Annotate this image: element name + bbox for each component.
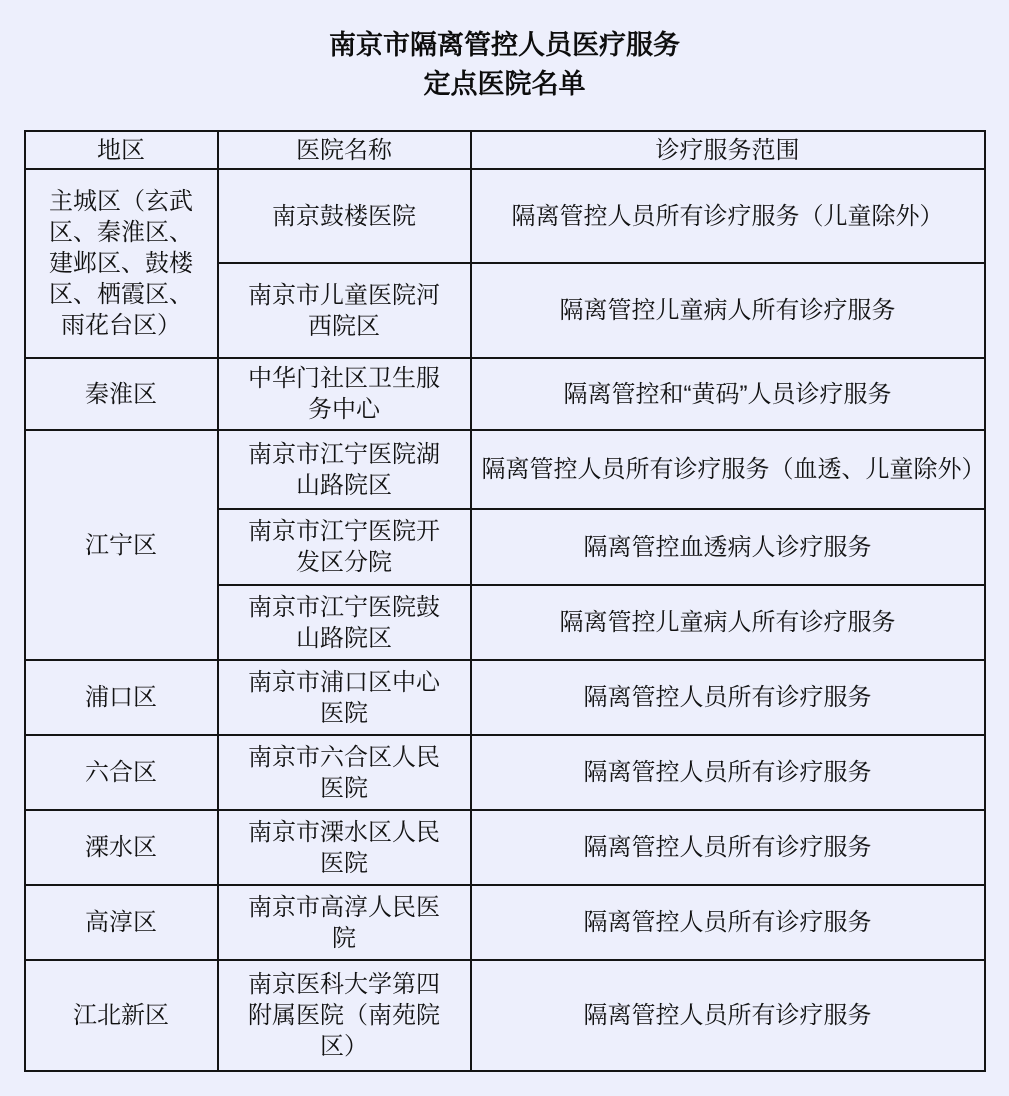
service-cell: 隔离管控人员所有诊疗服务: [471, 660, 985, 735]
service-cell: 隔离管控儿童病人所有诊疗服务: [471, 263, 985, 358]
column-header-1: 医院名称: [218, 131, 471, 169]
region-cell: 江宁区: [25, 430, 218, 660]
region-cell: 六合区: [25, 735, 218, 810]
hospital-cell: 南京市六合区人民医院: [218, 735, 471, 810]
table-header-row: 地区医院名称诊疗服务范围: [25, 131, 985, 169]
region-cell: 主城区（玄武区、秦淮区、建邺区、鼓楼区、栖霞区、雨花台区）: [25, 169, 218, 358]
region-cell: 秦淮区: [25, 358, 218, 430]
region-cell: 江北新区: [25, 960, 218, 1071]
hospital-cell: 南京市江宁医院开发区分院: [218, 509, 471, 585]
page-title: 南京市隔离管控人员医疗服务 定点医院名单: [25, 26, 985, 104]
table-row: 六合区南京市六合区人民医院隔离管控人员所有诊疗服务: [25, 735, 985, 810]
table-row: 秦淮区中华门社区卫生服务中心隔离管控和“黄码”人员诊疗服务: [25, 358, 985, 430]
table-row: 溧水区南京市溧水区人民医院隔离管控人员所有诊疗服务: [25, 810, 985, 885]
table-row: 江北新区南京医科大学第四附属医院（南苑院区）隔离管控人员所有诊疗服务: [25, 960, 985, 1071]
hospital-cell: 南京市江宁医院鼓山路院区: [218, 585, 471, 660]
table-row: 高淳区南京市高淳人民医院隔离管控人员所有诊疗服务: [25, 885, 985, 960]
column-header-0: 地区: [25, 131, 218, 169]
service-cell: 隔离管控人员所有诊疗服务: [471, 960, 985, 1071]
hospital-table: 地区医院名称诊疗服务范围 主城区（玄武区、秦淮区、建邺区、鼓楼区、栖霞区、雨花台…: [24, 130, 986, 1072]
column-header-2: 诊疗服务范围: [471, 131, 985, 169]
hospital-cell: 中华门社区卫生服务中心: [218, 358, 471, 430]
hospital-cell: 南京医科大学第四附属医院（南苑院区）: [218, 960, 471, 1071]
service-cell: 隔离管控人员所有诊疗服务（血透、儿童除外）: [471, 430, 985, 509]
service-cell: 隔离管控和“黄码”人员诊疗服务: [471, 358, 985, 430]
table-row: 主城区（玄武区、秦淮区、建邺区、鼓楼区、栖霞区、雨花台区）南京鼓楼医院隔离管控人…: [25, 169, 985, 263]
service-cell: 隔离管控血透病人诊疗服务: [471, 509, 985, 585]
region-cell: 溧水区: [25, 810, 218, 885]
hospital-cell: 南京市江宁医院湖山路院区: [218, 430, 471, 509]
hospital-cell: 南京市浦口区中心医院: [218, 660, 471, 735]
region-cell: 浦口区: [25, 660, 218, 735]
service-cell: 隔离管控人员所有诊疗服务: [471, 810, 985, 885]
hospital-cell: 南京市儿童医院河西院区: [218, 263, 471, 358]
service-cell: 隔离管控人员所有诊疗服务（儿童除外）: [471, 169, 985, 263]
page-title-line1: 南京市隔离管控人员医疗服务: [329, 30, 680, 60]
page-title-line2: 定点医院名单: [424, 69, 586, 99]
service-cell: 隔离管控儿童病人所有诊疗服务: [471, 585, 985, 660]
hospital-cell: 南京鼓楼医院: [218, 169, 471, 263]
document-page: 南京市隔离管控人员医疗服务 定点医院名单 地区医院名称诊疗服务范围 主城区（玄武…: [0, 0, 1009, 1096]
hospital-cell: 南京市溧水区人民医院: [218, 810, 471, 885]
table-row: 浦口区南京市浦口区中心医院隔离管控人员所有诊疗服务: [25, 660, 985, 735]
hospital-cell: 南京市高淳人民医院: [218, 885, 471, 960]
service-cell: 隔离管控人员所有诊疗服务: [471, 735, 985, 810]
service-cell: 隔离管控人员所有诊疗服务: [471, 885, 985, 960]
region-cell: 高淳区: [25, 885, 218, 960]
table-row: 江宁区南京市江宁医院湖山路院区隔离管控人员所有诊疗服务（血透、儿童除外）: [25, 430, 985, 509]
